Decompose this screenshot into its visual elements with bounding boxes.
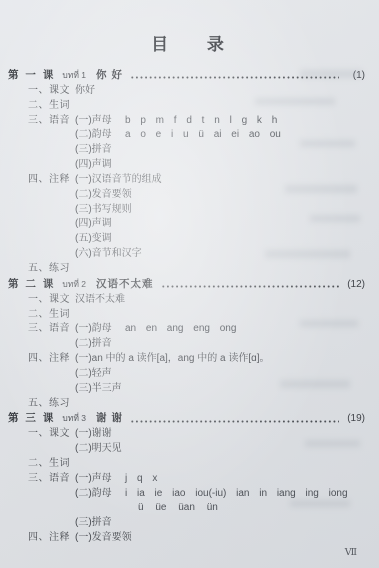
toc-entry-row: 五、练习 [28, 262, 365, 277]
entry-level1-label: 一、课文 [28, 84, 75, 99]
lesson-page-number: (12) [343, 278, 365, 293]
entry-level2-label: (一)汉语音节的组成 [75, 173, 162, 188]
entry-level1-label: 三、语音 [28, 114, 75, 129]
toc-entry-row: (二)拼音 [28, 337, 365, 352]
toc-entry-row: (三)书写规则 [28, 203, 365, 218]
entry-level2-label: (二)明天见 [75, 442, 125, 457]
toc-entry-row: 三、语音(一)声母j q x [28, 472, 365, 487]
toc-entry-row: 一、课文汉语不太难 [28, 293, 365, 308]
entry-level2-label: (二)发音要领 [75, 188, 132, 203]
entry-level2-label: (一)声母 [75, 472, 125, 487]
toc-entry-row: 一、课文(一)谢谢 [28, 427, 365, 442]
entry-level2-label: (四)声调 [75, 217, 125, 232]
toc-entry-row: (二)韵母a o e i u ü ai ei ao ou [28, 128, 365, 143]
dot-leader [161, 285, 339, 288]
toc-entry-row: (三)拼音 [28, 143, 365, 158]
toc-entry-row: 四、注释(一)发音要领 [28, 531, 365, 546]
entry-level2-label: (一)声母 [75, 114, 125, 129]
lesson-thai-label: บทที่ 1 [62, 68, 86, 83]
entry-level2-label: (二)韵母 [75, 487, 125, 502]
toc-lesson-row: 第 二 课บทที่ 2汉语不太难(12) [8, 277, 365, 293]
entry-level2-label: (二)轻声 [75, 367, 125, 382]
toc-entry-row: (二)轻声 [28, 367, 365, 382]
dot-leader [130, 76, 339, 79]
entry-level2-label: (一)发音要领 [75, 531, 132, 546]
toc-entry-row: (三)半三声 [28, 382, 365, 397]
dot-leader [130, 420, 339, 423]
lesson-page-number: (19) [343, 412, 365, 427]
toc-entry-row: (四)声调 [28, 217, 365, 232]
toc-entry-row: 二、生词 [28, 308, 365, 323]
entry-level2-label: (六)音节和汉字 [75, 247, 142, 262]
entry-pinyin-letters: an en ang eng ong [125, 322, 236, 337]
entry-level1-label: 一、课文 [28, 427, 75, 442]
entry-pinyin-letters: a o e i u ü ai ei ao ou [125, 128, 281, 143]
toc-entry-row: 五、练习 [28, 397, 365, 412]
toc-entry-row: (三)拼音 [28, 516, 365, 531]
toc-entry-row: (二)韵母i ia ie iao iou(-iu) ian in iang in… [28, 487, 365, 502]
toc-entry-row: (二)发音要领 [28, 188, 365, 203]
lesson-title: 谢 谢 [96, 411, 123, 426]
toc-entry-row: ü üe üan ün [28, 501, 365, 516]
toc-entry-row: (二)明天见 [28, 442, 365, 457]
entry-level2-label: (二)拼音 [75, 337, 125, 352]
entry-level1-label: 四、注释 [28, 531, 75, 546]
entry-level1-label: 二、生词 [28, 99, 75, 114]
entry-level2-label: (三)半三声 [75, 382, 125, 397]
toc-entry-row: 四、注释(一)汉语音节的组成 [28, 173, 365, 188]
footer-page-number: Ⅶ [345, 547, 357, 558]
entry-level2-label: (四)声调 [75, 158, 125, 173]
entry-level2-label: 你好 [75, 84, 125, 99]
lesson-page-number: (1) [343, 69, 365, 84]
entry-pinyin-letters: i ia ie iao iou(-iu) ian in iang ing ion… [125, 487, 348, 502]
entry-level2-label: (一)韵母 [75, 322, 125, 337]
entry-pinyin-letters: j q x [125, 472, 157, 487]
entry-level1-label: 三、语音 [28, 472, 75, 487]
toc-entry-row: 四、注释(一)an 中的 a 读作[a]，ang 中的 a 读作[ɑ]。 [28, 352, 365, 367]
entry-level2-label: 汉语不太难 [75, 293, 125, 308]
entry-pinyin-letters: b p m f d t n l g k h [125, 114, 277, 129]
toc-lesson-row: 第 一 课บทที่ 1你 好(1) [8, 68, 365, 84]
entry-pinyin-letters: ü üe üan ün [138, 501, 218, 516]
entry-level1-label: 二、生词 [28, 308, 75, 323]
toc-list: 第 一 课บทที่ 1你 好(1)一、课文你好二、生词三、语音(一)声母b p… [0, 68, 379, 546]
entry-level1-label: 一、课文 [28, 293, 75, 308]
lesson-title: 你 好 [96, 68, 123, 83]
entry-level2-label: (一)an 中的 a 读作[a]，ang 中的 a 读作[ɑ]。 [75, 352, 270, 367]
scanned-toc-page: 目 录 第 一 课บทที่ 1你 好(1)一、课文你好二、生词三、语音(一)声… [0, 0, 379, 568]
lesson-number: 第 二 课 [8, 277, 55, 292]
lesson-thai-label: บทที่ 3 [62, 411, 86, 426]
toc-entry-row: 二、生词 [28, 99, 365, 114]
toc-entry-row: (四)声调 [28, 158, 365, 173]
lesson-thai-label: บทที่ 2 [62, 277, 86, 292]
toc-entry-row: (六)音节和汉字 [28, 247, 365, 262]
lesson-number: 第 一 课 [8, 68, 55, 83]
entry-level2-label: (二)韵母 [75, 128, 125, 143]
entry-level2-label: (三)拼音 [75, 516, 125, 531]
toc-entry-row: (五)变调 [28, 232, 365, 247]
entry-level1-label: 五、练习 [28, 262, 75, 277]
entry-level1-label: 五、练习 [28, 397, 75, 412]
toc-entry-row: 三、语音(一)韵母an en ang eng ong [28, 322, 365, 337]
toc-entry-row: 二、生词 [28, 457, 365, 472]
page-title: 目 录 [0, 30, 379, 55]
lesson-number: 第 三 课 [8, 411, 55, 426]
toc-lesson-row: 第 三 课บทที่ 3谢 谢(19) [8, 411, 365, 427]
entry-level2-label: (五)变调 [75, 232, 125, 247]
entry-level1-label: 四、注释 [28, 173, 75, 188]
toc-entry-row: 三、语音(一)声母b p m f d t n l g k h [28, 114, 365, 129]
toc-entry-row: 一、课文你好 [28, 84, 365, 99]
entry-level2-label: (三)拼音 [75, 143, 125, 158]
lesson-title: 汉语不太难 [96, 277, 154, 292]
entry-level2-label: (三)书写规则 [75, 203, 132, 218]
entry-level2-label: (一)谢谢 [75, 427, 125, 442]
entry-level1-label: 四、注释 [28, 352, 75, 367]
entry-level1-label: 二、生词 [28, 457, 75, 472]
entry-level1-label: 三、语音 [28, 322, 75, 337]
